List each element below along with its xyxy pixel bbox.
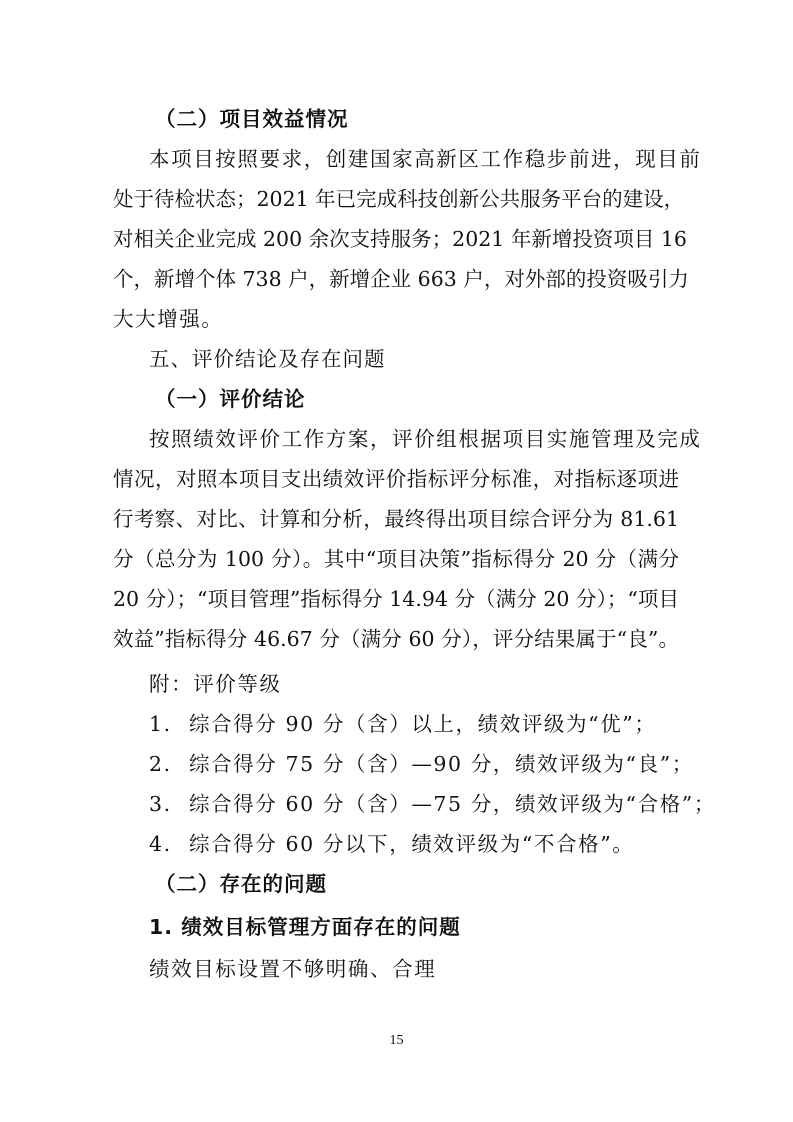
grade-item: 1.综合得分 90 分（含）以上，绩效评级为“优”； [149, 709, 656, 739]
grade-item: 4.综合得分 60 分以下，绩效评级为“不合格”。 [149, 829, 634, 859]
section-heading-evaluation-conclusion: （一）评价结论 [155, 384, 306, 414]
section-heading-project-benefit: （二）项目效益情况 [155, 104, 349, 134]
grade-item: 2.综合得分 75 分（含）—90 分，绩效评级为“良”； [149, 749, 694, 779]
grade-text: 综合得分 60 分以下，绩效评级为“不合格”。 [189, 832, 634, 856]
conclusion-paragraph-line: 情况，对照本项目支出绩效评价指标评分标准，对指标逐项进 [113, 464, 679, 494]
grade-number: 2. [149, 749, 189, 779]
benefit-paragraph-line: 本项目按照要求，创建国家高新区工作稳步前进，现目前 [149, 144, 679, 174]
benefit-paragraph-line: 处于待检状态；2021 年已完成科技创新公共服务平台的建设， [113, 184, 679, 214]
conclusion-paragraph-line: 分（总分为 100 分）。其中“项目决策”指标得分 20 分（满分 [113, 544, 679, 574]
conclusion-paragraph-line: 效益”指标得分 46.67 分（满分 60 分），评分结果属于“良”。 [113, 624, 679, 654]
benefit-paragraph-line: 对相关企业完成 200 余次支持服务；2021 年新增投资项目 16 [113, 224, 679, 254]
section-heading-existing-problems: （二）存在的问题 [155, 869, 327, 899]
sub-heading-target-management-problems: 1. 绩效目标管理方面存在的问题 [149, 912, 461, 942]
grade-number: 4. [149, 829, 189, 859]
benefit-paragraph-line: 大大增强。 [113, 304, 224, 334]
benefit-paragraph-line: 个，新增个体 738 户，新增企业 663 户，对外部的投资吸引力 [113, 264, 679, 294]
problem-item-text: 绩效目标设置不够明确、合理 [149, 954, 436, 984]
grade-text: 综合得分 75 分（含）—90 分，绩效评级为“良”； [189, 752, 694, 776]
appendix-label: 附：评价等级 [149, 669, 282, 699]
grade-number: 1. [149, 709, 189, 739]
chapter-heading-conclusion-and-problems: 五、评价结论及存在问题 [149, 344, 386, 374]
grade-item: 3.综合得分 60 分（含）—75 分，绩效评级为“合格”； [149, 789, 716, 819]
conclusion-paragraph-line: 行考察、对比、计算和分析，最终得出项目综合评分为 81.61 [113, 504, 679, 534]
conclusion-paragraph-line: 20 分）；“项目管理”指标得分 14.94 分（满分 20 分）；“项目 [113, 584, 679, 614]
grade-text: 综合得分 60 分（含）—75 分，绩效评级为“合格”； [189, 792, 716, 816]
grade-number: 3. [149, 789, 189, 819]
grade-text: 综合得分 90 分（含）以上，绩效评级为“优”； [189, 712, 656, 736]
page-number: 15 [0, 1033, 793, 1049]
conclusion-paragraph-line: 按照绩效评价工作方案，评价组根据项目实施管理及完成 [149, 424, 679, 454]
